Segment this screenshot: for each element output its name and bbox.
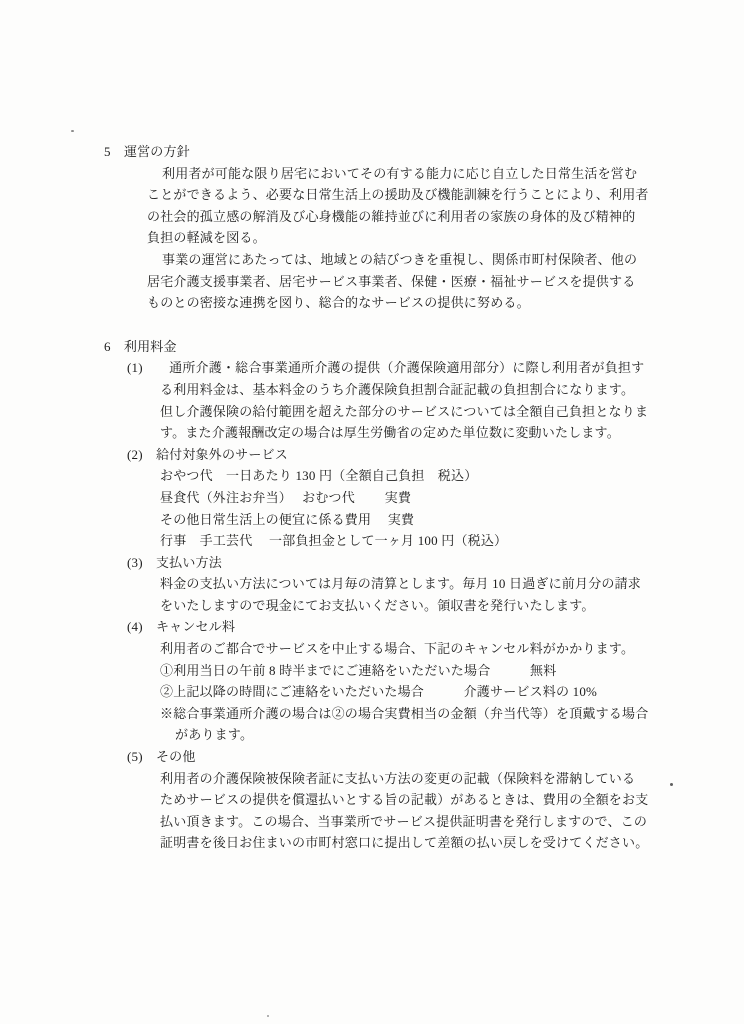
item4-line: 利用者のご都合でサービスを中止する場合、下記のキャンセル料がかかります。 — [160, 638, 744, 660]
item1-line: す。また介護報酬改定の場合は厚生労働省の定めた単位数に変動いたします。 — [160, 422, 744, 444]
item4-line: ※総合事業通所介護の場合は②の場合実費相当の金額（弁当代等）を頂戴する場合 — [160, 703, 744, 725]
s5-para2-line: 事業の運営にあたっては、地域との結びつきを重視し、関係市町村保険者、他の — [162, 249, 744, 271]
section-gap — [0, 314, 744, 336]
item2-fee-line: 昼食代（外注お弁当） おむつ代 実費 — [160, 487, 744, 509]
s5-para1-line: ことができるよう、必要な日常生活上の援助及び機能訓練を行うことにより、利用者 — [147, 184, 744, 206]
item3-line: 料金の支払い方法については月毎の清算とします。毎月 10 日過ぎに前月分の請求 — [160, 573, 744, 595]
item4-line: ①利用当日の午前 8 時半までにご連絡をいただいた場合 無料 — [160, 660, 744, 682]
item2-fee-line: おやつ代 一日あたり 130 円（全額自己負担 税込） — [160, 465, 744, 487]
item1-line: 但し介護保険の給付範囲を超えた部分のサービスについては全額自己負担となりま — [160, 401, 744, 423]
item4-line: ②上記以降の時間にご連絡をいただいた場合 介護サービス料の 10% — [160, 681, 744, 703]
item2-fee-line: その他日常生活上の便宜に係る費用 実費 — [160, 509, 744, 531]
item3-heading: (3) 支払い方法 — [127, 552, 744, 574]
scan-speck — [71, 130, 74, 132]
s5-para1-line: 負担の軽減を図る。 — [147, 227, 744, 249]
item3-line: をいたしますので現金にてお支払いください。領収書を発行いたします。 — [160, 595, 744, 617]
s5-para1-line: 利用者が可能な限り居宅においてその有する能力に応じ自立した日常生活を営む — [162, 163, 744, 185]
item5-heading: (5) その他 — [127, 746, 744, 768]
item4-heading: (4) キャンセル料 — [127, 616, 744, 638]
s5-para1-line: の社会的孤立感の解消及び心身機能の維持並びに利用者の家族の身体的及び精神的 — [147, 206, 744, 228]
section5-heading: 5 運営の方針 — [104, 141, 744, 163]
item2-fee-line: 行事 手工芸代 一部負担金として一ヶ月 100 円（税込） — [160, 530, 744, 552]
item5-line: 証明書を後日お住まいの市町村窓口に提出して差額の払い戻しを受けてください。 — [160, 832, 744, 854]
item5-line: ためサービスの提供を償還払いとする旨の記載）があるときは、費用の全額をお支 — [160, 789, 744, 811]
item4-line: があります。 — [175, 724, 744, 746]
section6-heading: 6 利用料金 — [104, 336, 744, 358]
item1-line: る利用料金は、基本料金のうち介護保険負担割合証記載の負担割合になります。 — [160, 379, 744, 401]
scan-speck — [267, 1015, 269, 1017]
item5-line: 利用者の介護保険被保険者証に支払い方法の変更の記載（保険料を滞納している — [160, 768, 744, 790]
item1-line: (1) 通所介護・総合事業通所介護の提供（介護保険適用部分）に際し利用者が負担す — [127, 357, 744, 379]
item2-heading: (2) 給付対象外のサービス — [127, 444, 744, 466]
s5-para2-line: 居宅介護支援事業者、居宅サービス事業者、保健・医療・福祉サービスを提供する — [147, 271, 744, 293]
s5-para2-line: ものとの密接な連携を図り、総合的なサービスの提供に努める。 — [147, 292, 744, 314]
document-page: 5 運営の方針 利用者が可能な限り居宅においてその有する能力に応じ自立した日常生… — [0, 0, 744, 1024]
item5-line: 払い頂きます。この場合、当事業所でサービス提供証明書を発行しますので、この — [160, 811, 744, 833]
document-body: 5 運営の方針 利用者が可能な限り居宅においてその有する能力に応じ自立した日常生… — [0, 141, 744, 854]
